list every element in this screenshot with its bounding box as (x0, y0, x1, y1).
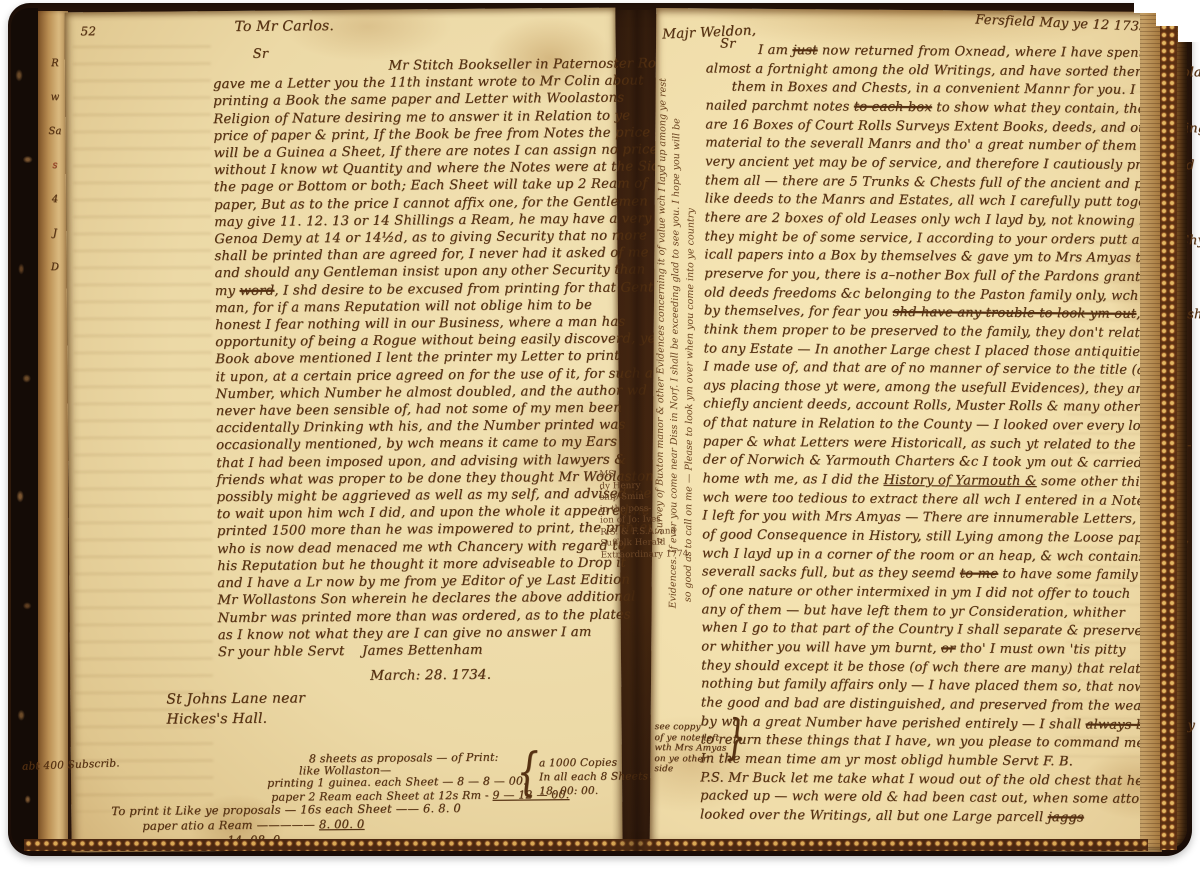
manuscript-photo: RwSas4JD 52 To Mr Carlos. Sr Mr Stitch B… (0, 0, 1200, 883)
margin-note-brace: } (726, 710, 746, 766)
dateline: March: 28. 1734. (370, 667, 491, 684)
edge-mark: w (47, 81, 63, 115)
page-number: 52 (80, 24, 96, 38)
right-page: Majr Weldon, Fersfield May ye 12 1735. S… (650, 8, 1169, 852)
open-book: RwSas4JD 52 To Mr Carlos. Sr Mr Stitch B… (8, 3, 1192, 856)
manuscript-line: 18. 00: 00. (539, 783, 648, 798)
addressee: Majr Weldon, (662, 22, 757, 42)
see-copy-margin-note: see coppyof ye note leftwth Mrs Amyason … (654, 722, 728, 775)
left-page-edges: RwSas4JD (38, 11, 68, 849)
manuscript-line: of ye note left (655, 733, 729, 744)
account-proposal-line: printing 1 guinea. each Sheet — 8 — 8 — … (267, 774, 527, 789)
fore-edge-page-stack (1140, 7, 1187, 850)
manuscript-line: To print it Like ye proposals — 16s each… (111, 801, 461, 819)
gilt-bottom-edge-band (24, 839, 1148, 851)
manuscript-line: side (654, 764, 728, 775)
letter-heading: To Mr Carlos. (234, 18, 334, 35)
place-and-date: Fersfield May ye 12 1735. (975, 12, 1152, 35)
edge-mark: J (47, 217, 63, 251)
account-brace: { (517, 742, 539, 802)
sender-address: St Johns Lane nearHickes's Hall. (166, 688, 305, 729)
edge-mark: D (47, 251, 63, 285)
right-letter-body: I am just now returned from Oxnead, wher… (700, 41, 1200, 829)
manuscript-line: Hickes's Hall. (166, 708, 305, 729)
marbled-cover-edge (11, 8, 38, 850)
left-page: 52 To Mr Carlos. Sr Mr Stitch Bookseller… (64, 8, 622, 853)
edge-mark: R (47, 47, 63, 81)
edge-mark: s (47, 149, 63, 183)
manuscript-line: see coppy (655, 722, 729, 733)
provenance-note-1774: MSdy Henryship Sminin the poss-ion of Jo… (599, 468, 675, 561)
manuscript-line: Extraordinary 1774. (601, 549, 675, 562)
edge-mark: 4 (47, 183, 63, 217)
manuscript-line: on ye other (654, 754, 728, 765)
edge-mark: Sa (47, 115, 63, 149)
manuscript-line: wth Mrs Amyas (654, 743, 728, 754)
manuscript-line: a 1000 Copies (539, 755, 648, 770)
account-summary: a 1000 CopiesIn all each 8 Sheets18. 00:… (539, 755, 648, 798)
page-step-cutout (1178, 0, 1200, 42)
manuscript-line: In all each 8 Sheets (539, 769, 648, 784)
vertical-margin-note: so good as to call on me — Please to loo… (683, 208, 697, 602)
gilt-sprinkled-band (1160, 7, 1177, 850)
manuscript-line: St Johns Lane near (166, 688, 305, 709)
manuscript-line: looked over the Writings, all but one La… (700, 806, 1200, 829)
spine-edge-marks: RwSas4JD (47, 47, 63, 285)
